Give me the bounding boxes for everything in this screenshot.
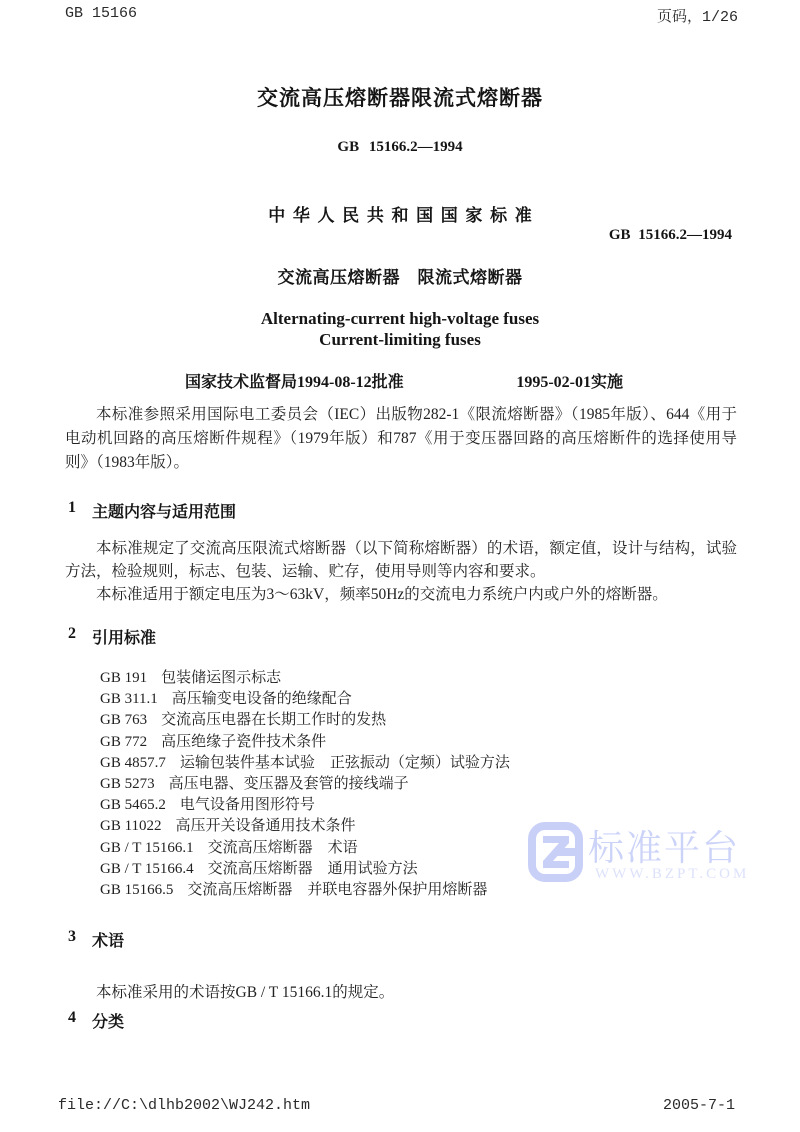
reference-code: GB 772 [100, 734, 147, 750]
approval-text: 国家技术监督局1994-08-12批准 [185, 369, 404, 392]
reference-item: GB / T 15166.1交流高压熔断器 术语 [100, 838, 660, 859]
reference-code: GB 311.1 [100, 691, 158, 707]
print-header: GB 15166 页码，1/26 [65, 5, 738, 26]
section-3-heading: 3 术语 [68, 928, 124, 951]
national-standard-label: 中华人民共和国国家标准 [0, 201, 800, 226]
reference-item: GB 763交流高压电器在长期工作时的发热 [100, 710, 660, 731]
reference-code: GB 15166.5 [100, 882, 173, 898]
reference-item: GB 11022高压开关设备通用技术条件 [100, 816, 660, 837]
section-2-heading: 2 引用标准 [68, 625, 156, 648]
chinese-subtitle: 交流高压熔断器 限流式熔断器 [0, 263, 800, 288]
reference-code: GB / T 15166.4 [100, 861, 194, 877]
section-4-number: 4 [68, 1009, 76, 1032]
approval-row: 国家技术监督局1994-08-12批准 1995-02-01实施 [65, 369, 735, 392]
reference-code: GB 11022 [100, 818, 162, 834]
english-title-line1: Alternating-current high-voltage fuses [0, 308, 800, 329]
standard-code-right: GB 15166.2—1994 [609, 227, 732, 244]
section-1-number: 1 [68, 499, 76, 522]
reference-standards-list: GB 191包装储运图示标志 GB 311.1高压输变电设备的绝缘配合 GB 7… [100, 668, 660, 901]
section-4-title: 分类 [92, 1009, 124, 1032]
section-1-title: 主题内容与适用范围 [92, 499, 236, 522]
document-main-title: 交流高压熔断器限流式熔断器 [0, 82, 800, 112]
reference-title: 包装储运图示标志 [161, 670, 281, 686]
reference-title: 交流高压熔断器 通用试验方法 [208, 861, 418, 877]
standard-code-center: GB 15166.2—1994 [0, 139, 800, 156]
implementation-text: 1995-02-01实施 [516, 369, 623, 392]
reference-title: 运输包装件基本试验 正弦振动（定频）试验方法 [180, 755, 510, 771]
reference-title: 高压绝缘子瓷件技术条件 [161, 734, 326, 750]
section-3-paragraph: 本标准采用的术语按GB / T 15166.1的规定。 [65, 981, 737, 1004]
reference-code: GB 5273 [100, 776, 155, 792]
reference-item: GB / T 15166.4交流高压熔断器 通用试验方法 [100, 859, 660, 880]
reference-title: 电气设备用图形符号 [180, 797, 315, 813]
reference-title: 交流高压电器在长期工作时的发热 [161, 712, 386, 728]
document-page: GB 15166 页码，1/26 交流高压熔断器限流式熔断器 GB 15166.… [0, 0, 800, 1132]
reference-title: 高压开关设备通用技术条件 [176, 818, 356, 834]
reference-item: GB 5273高压电器、变压器及套管的接线端子 [100, 774, 660, 795]
foreword-paragraph: 本标准参照采用国际电工委员会（IEC）出版物282-1《限流熔断器》（1985年… [65, 403, 737, 475]
section-1-paragraph-1: 本标准规定了交流高压限流式熔断器（以下简称熔断器）的术语，额定值，设计与结构，试… [65, 537, 737, 583]
section-2-number: 2 [68, 625, 76, 648]
reference-title: 高压输变电设备的绝缘配合 [172, 691, 352, 707]
footer-file-path: file://C:\dlhb2002\WJ242.htm [58, 1097, 310, 1114]
reference-code: GB / T 15166.1 [100, 840, 194, 856]
section-1-heading: 1 主题内容与适用范围 [68, 499, 236, 522]
header-doc-code: GB 15166 [65, 5, 137, 26]
reference-title: 高压电器、变压器及套管的接线端子 [169, 776, 409, 792]
reference-item: GB 311.1高压输变电设备的绝缘配合 [100, 689, 660, 710]
reference-code: GB 763 [100, 712, 147, 728]
section-1-paragraph-2: 本标准适用于额定电压为3～63kV，频率50Hz的交流电力系统户内或户外的熔断器… [65, 583, 737, 606]
reference-item: GB 5465.2电气设备用图形符号 [100, 795, 660, 816]
print-footer: file://C:\dlhb2002\WJ242.htm 2005-7-1 [58, 1097, 735, 1114]
reference-code: GB 191 [100, 670, 147, 686]
english-title: Alternating-current high-voltage fuses C… [0, 308, 800, 350]
english-title-line2: Current-limiting fuses [0, 329, 800, 350]
section-3-number: 3 [68, 928, 76, 951]
reference-code: GB 4857.7 [100, 755, 166, 771]
reference-title: 交流高压熔断器 术语 [208, 840, 358, 856]
reference-title: 交流高压熔断器 并联电容器外保护用熔断器 [187, 882, 487, 898]
reference-item: GB 191包装储运图示标志 [100, 668, 660, 689]
reference-item: GB 4857.7运输包装件基本试验 正弦振动（定频）试验方法 [100, 753, 660, 774]
reference-item: GB 15166.5交流高压熔断器 并联电容器外保护用熔断器 [100, 880, 660, 901]
section-4-heading: 4 分类 [68, 1009, 124, 1032]
section-3-title: 术语 [92, 928, 124, 951]
reference-code: GB 5465.2 [100, 797, 166, 813]
footer-date: 2005-7-1 [663, 1097, 735, 1114]
section-2-title: 引用标准 [92, 625, 156, 648]
header-page-number: 页码，1/26 [657, 5, 738, 26]
reference-item: GB 772高压绝缘子瓷件技术条件 [100, 732, 660, 753]
section-3-body: 本标准采用的术语按GB / T 15166.1的规定。 [65, 981, 737, 1004]
section-1-body: 本标准规定了交流高压限流式熔断器（以下简称熔断器）的术语，额定值，设计与结构，试… [65, 537, 737, 606]
